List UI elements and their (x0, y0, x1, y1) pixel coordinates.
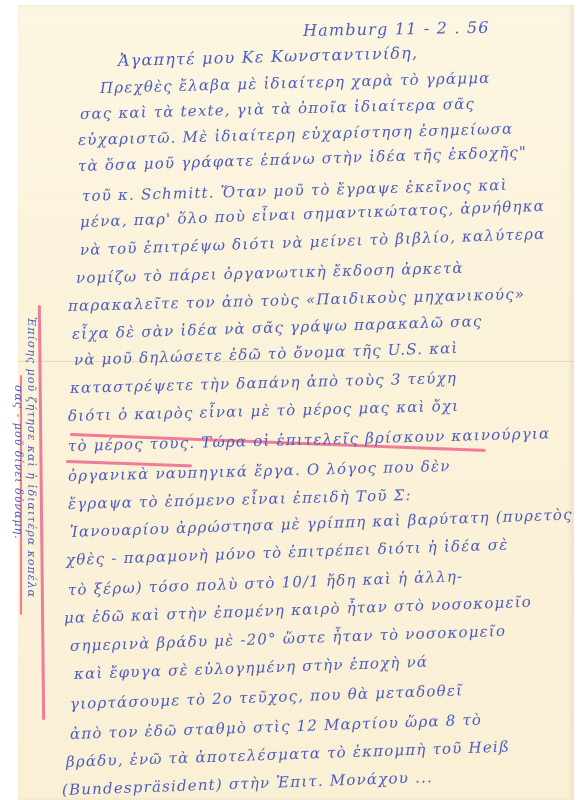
letter-line: τὰ ὅσα μοῦ γράφατε ἐπάνω στὴν ἰδέα τῆς ἐ… (78, 143, 528, 175)
letter-line: σας καὶ τὰ texte, γιὰ τὰ ὁποῖα ἰδιαίτερα… (80, 95, 476, 123)
pink-margin-line (38, 305, 45, 720)
letter-line: χθὲς - παραμονὴ μόνο τὸ ἐπιτρέπει διότι … (66, 536, 509, 569)
letter-line: τὸ ξέρω) τόσο πολὺ στὸ 10/1 ἤδη καὶ ἡ ἀλ… (68, 567, 464, 599)
letter-line: νομίζω τὸ πάρει ὀργανωτικὴ ἔκδοση ἀρκετὰ (76, 259, 464, 287)
margin-note: Ἐπίσης μοῦ ζήτησε καὶ ἡ ἰδιαιτέρα κοπέλα (25, 317, 38, 598)
letter-line-underlined: διότι ὁ καιρὸς εἶναι μὲ τὸ μέρος μας καὶ… (68, 397, 460, 425)
letter-line: ἔγραψα τὸ ἐπόμενο εἶναι ἐπειδὴ Τοῦ Σ: (68, 486, 412, 513)
letter-line: (Bundespräsident) στὴν Ἐπιτ. Μονάχου ... (62, 768, 434, 799)
letter-line: παρακαλεῖτε τον ἀπὸ τοὺς «Παιδικοὺς μηχα… (68, 285, 526, 315)
letter-page: Hamburg 11 - 2 . 56 Ἀγαπητέ μου Κε Κωνστ… (18, 5, 574, 800)
letter-line: σημερινὰ βράδυ μὲ -20° ὥστε ἦταν τὸ νοσο… (70, 622, 507, 655)
letter-line: γιορτάσουμε τὸ 2ο τεῦχος, που θὰ μεταδοθ… (70, 681, 464, 713)
margin-note: σας - μοῦ δίνει δύναμη. (12, 385, 25, 540)
letter-line: καταστρέψετε τὴν δαπάνη ἀπὸ τοὺς 3 τεύχη (70, 369, 458, 397)
letter-line: εἶχα δὲ σὰν ἰδέα νὰ σᾶς γράψω παρακαλῶ σ… (72, 312, 483, 343)
salutation: Ἀγαπητέ μου Κε Κωνσταντινίδη, (118, 43, 419, 70)
place-date: Hamburg 11 - 2 . 56 (303, 18, 490, 40)
letter-line: μα ἐδῶ καὶ στὴν ἐπομένη καιρὸ ἦταν στὸ ν… (64, 593, 533, 627)
letter-line: ἀπὸ τον ἐδῶ σταθμὸ στὶς 12 Μαρτίου ὥρα 8… (70, 711, 483, 743)
letter-line: βράδυ, ἐνῶ τὰ ἀποτελέσματα τὸ ἐκπομπὴ το… (66, 737, 511, 770)
letter-line: νὰ μοῦ δηλώσετε ἐδῶ τὸ ὄνομα τῆς U.S. κα… (74, 339, 459, 369)
letter-line: καὶ ἔφυγα σὲ εὐλογημένη στὴν ἐποχὴ νά (74, 653, 429, 683)
letter-line: Πρεχθὲς ἔλαβα μὲ ἰδιαίτερη χαρὰ τὸ γράμμ… (100, 69, 491, 97)
letter-line: νὰ τοῦ ἐπιτρέψω διότι νὰ μείνει τὸ βιβλί… (80, 225, 546, 259)
